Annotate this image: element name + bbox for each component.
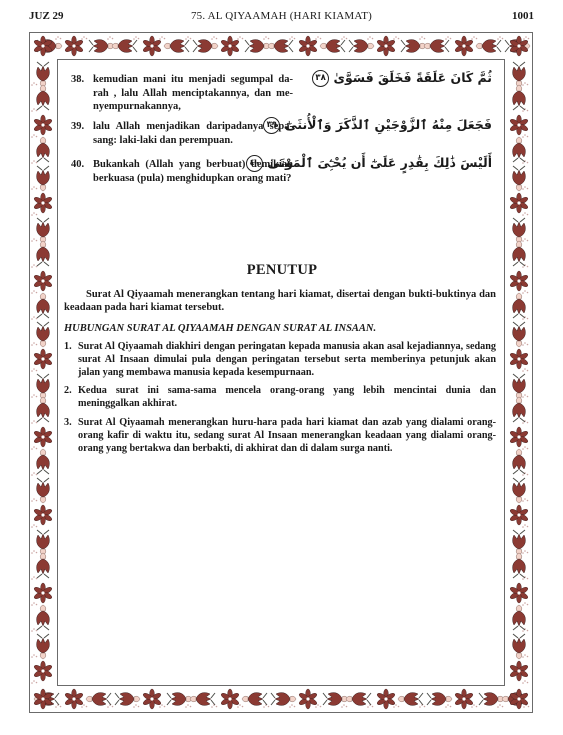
arabic-text: ثُمَّ كَانَ عَلَقَةً فَخَلَقَ فَسَوَّىٰ <box>333 70 492 85</box>
list-item: 2. Kedua surat ini sama-sama mencela ora… <box>64 385 496 411</box>
ayah-marker-icon: ٣٩ <box>263 117 280 134</box>
running-header: JUZ 29 75. AL QIYAAMAH (HARI KIAMAT) 100… <box>0 10 563 26</box>
page-content: 38. kemudian mani itu menjadi segumpal d… <box>57 59 505 686</box>
verse-arabic: ثُمَّ كَانَ عَلَقَةً فَخَلَقَ فَسَوَّىٰ … <box>302 70 492 87</box>
surah-title: 75. AL QIYAAMAH (HARI KIAMAT) <box>0 10 563 22</box>
list-item: 3. Surat Al Qiyaamah menerangkan huru-ha… <box>64 417 496 455</box>
arabic-text: أَلَيْسَ ذَٰلِكَ بِقَٰدِرٍ عَلَىٰٓ أَن ي… <box>268 155 492 170</box>
arabic-text: فَجَعَلَ مِنْهُ ٱلزَّوْجَيْنِ ٱلذَّكَرَ … <box>285 117 492 132</box>
list-item: 1. Surat Al Qiyaamah diakhiri dengan per… <box>64 341 496 379</box>
relation-points: 1. Surat Al Qiyaamah diakhiri dengan per… <box>64 341 496 461</box>
ayah-marker-icon: ٣٨ <box>312 70 329 87</box>
item-text: Kedua surat ini sama-sama mencela orang-… <box>78 385 496 409</box>
verse-number: 39. <box>71 120 84 134</box>
section-title: PENUTUP <box>58 262 506 279</box>
verse-number: 38. <box>71 73 84 87</box>
item-number: 2. <box>64 385 72 398</box>
item-number: 3. <box>64 417 72 430</box>
page-number: 1001 <box>512 10 534 22</box>
relation-subheading: HUBUNGAN SURAT AL QIYAAMAH DENGAN SURAT … <box>64 323 496 334</box>
item-text: Surat Al Qiyaamah menerangkan huru-hara … <box>78 417 496 454</box>
verse-arabic: أَلَيْسَ ذَٰلِكَ بِقَٰدِرٍ عَلَىٰٓ أَن ي… <box>302 155 492 172</box>
closing-intro: Surat Al Qiyaamah menerangkan tentang ha… <box>64 288 496 314</box>
verse-translation: kemudian mani itu menjadi segumpal da-ra… <box>93 73 293 114</box>
item-text: Surat Al Qiyaamah diakhiri dengan pering… <box>78 341 496 378</box>
verse-number: 40. <box>71 158 84 172</box>
item-number: 1. <box>64 341 72 354</box>
verse-arabic: فَجَعَلَ مِنْهُ ٱلزَّوْجَيْنِ ٱلذَّكَرَ … <box>302 117 492 134</box>
ornamental-border: 38. kemudian mani itu menjadi segumpal d… <box>29 32 533 713</box>
ayah-marker-icon: ٤٠ <box>246 155 263 172</box>
